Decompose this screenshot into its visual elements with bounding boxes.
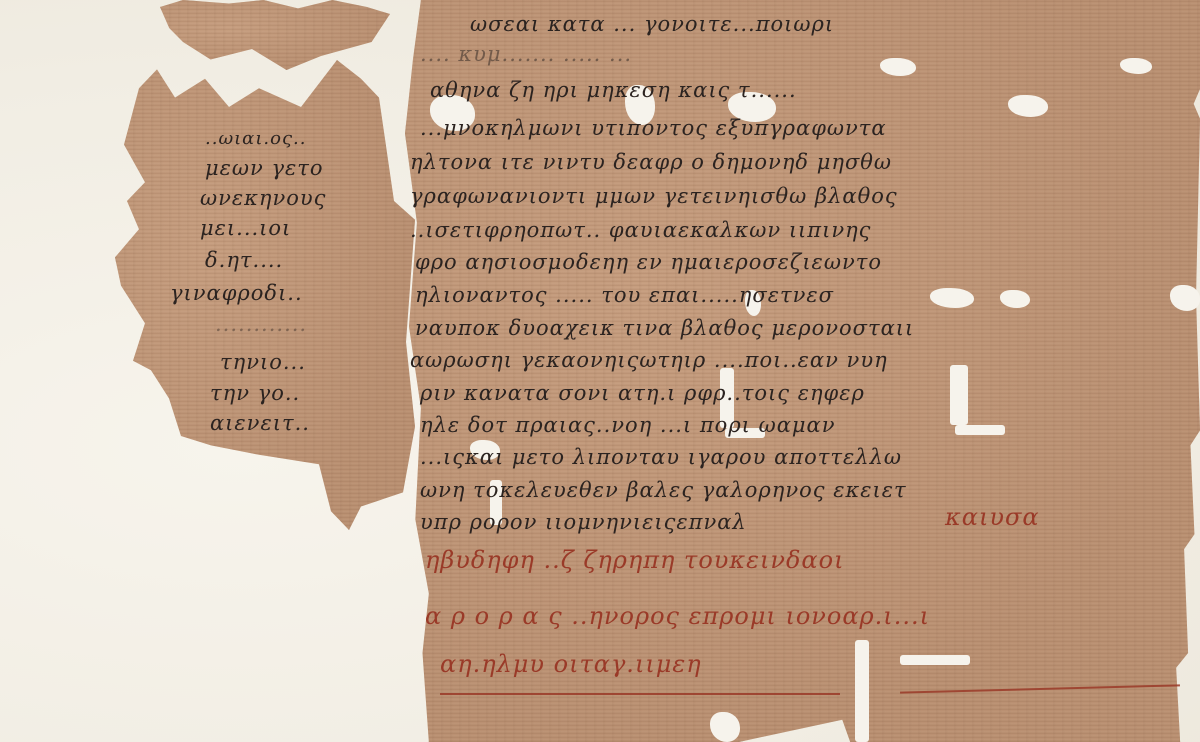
left-text-line: μεων γετο [205, 158, 324, 179]
red-text-line: καιυσα [945, 505, 1040, 529]
text-line: ...ιςκαι μετο λιπονταυ ιγαρου αποττελλω [420, 447, 902, 468]
text-line: φρο αησιοσμοδεηη εν ημαιεροσεζιεωντο [415, 252, 882, 273]
text-line: ωσεαι κατα ... γονοιτε...ποιωρι [470, 14, 834, 35]
red-text-line: α ρ ο ρ α ς ..ηνορος επρομι ιονοαρ.ι...ι [425, 604, 930, 628]
text-line: ..ισετιφρηοπωτ.. φαυιαεκαλκων ιιπινης [410, 220, 871, 241]
text-line: υπρ ρορον ιιομνηνιειςεπναλ [420, 512, 747, 533]
left-text-line: δ.ητ.... [205, 250, 283, 271]
left-text-line: ..ωιαι.ος.. [205, 130, 306, 148]
left-text-line: μει...ιοι [200, 218, 291, 239]
text-line: ηλε δοτ πραιας..νοη ...ι πορι ωαμαν [420, 415, 835, 436]
red-text-line: αη.ηλμυ οιταγ.ιιμεη [440, 652, 702, 676]
left-text-line: την γο.. [210, 383, 300, 404]
red-text-line: ηβυδηφη ..ζ ζηρηπη τουκεινδαοι [425, 548, 844, 572]
left-text-line: γιναφροδι.. [170, 283, 303, 304]
left-text-line: τηνιο... [220, 352, 306, 373]
text-line: αωρωσηι γεκαονηιςωτηιρ ....ποι..εαν νυη [410, 350, 888, 371]
text-line: γραφωνανιοντι μμων γετεινηισθω βλαθος [410, 186, 898, 207]
text-line: ηλιοναντος ..... του επαι.....ησετνεσ [415, 285, 834, 306]
left-text-line: αιενειτ.. [210, 413, 310, 434]
red-underline [440, 693, 840, 695]
text-line: .... κυμ....... ..... ... [420, 44, 632, 65]
text-line: ...μνοκηλμωνι υτιποντος εξυπγραφωντα [420, 118, 887, 139]
text-line: αθηνα ζη ηρι μηκεση καις τ...... [430, 80, 797, 101]
text-line: ναυποκ δυοαχεικ τινα βλαθος μερονοσταιι [415, 318, 914, 339]
text-line: ωνη τοκελευεθεν βαλες γαλορηνος εκειετ [420, 480, 907, 501]
left-text-line: ωνεκηνους [200, 188, 326, 209]
text-line: ριν κανατα σονι ατη.ι ρφρ..τοις εηφερ [420, 383, 865, 404]
left-text-line: ............ [215, 314, 307, 335]
text-line: ηλτονα ιτε νιντυ δεαφρ ο δημονηδ μησθω [410, 152, 892, 173]
